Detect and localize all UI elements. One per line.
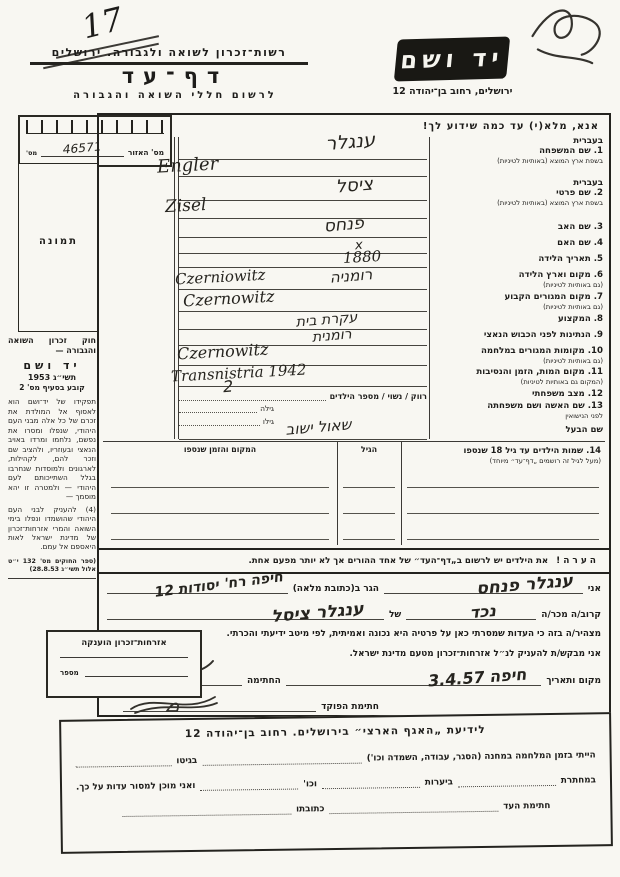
- hand-father-name: פנחס: [323, 213, 366, 236]
- field1-latin-tag: בשפת ארץ המוצא (באותיות לטיניות): [497, 157, 603, 165]
- answer-line: [179, 439, 427, 440]
- i-label: אני: [588, 584, 601, 594]
- law-name: יד ושם: [8, 359, 96, 373]
- page-subtitle: לרשום חללי השואה והגבורה: [70, 90, 280, 101]
- hand-husband-name: שאול ישוב: [285, 415, 353, 439]
- field2-label: 2. שם פרטי: [556, 188, 603, 198]
- law-title: חוק זכרון השואה והגבורה —: [8, 336, 96, 357]
- field5-label: 5. תאריך הלידה: [538, 254, 603, 264]
- law-body: תפקידו של יד־ושם הוא לאסוף אל המולדת את …: [8, 397, 96, 501]
- relation-line: קרוב/ה מכר/ה נכד של ענגלר ציסל: [107, 607, 601, 620]
- answer-line: [179, 218, 427, 219]
- table-top-line: [103, 441, 605, 442]
- hand-place-date: חיפה 3.4.57: [427, 664, 528, 690]
- answer-line: [179, 176, 427, 177]
- hand-declarant-name: ענגלר פנחס: [476, 571, 575, 599]
- table-row-line: [111, 513, 329, 514]
- husband-label: שם הבעל: [565, 425, 603, 435]
- field14-place-header: המקום והזמן שנספו: [107, 445, 333, 454]
- field11-label: 11. מקום המות, הזמן והנסיבות: [476, 367, 603, 377]
- testimony-form: אנא, מלא(י) עד כמה שידוע לך! בעברית 1. ש…: [97, 113, 611, 717]
- hand-war-residence: Czernowitz: [177, 340, 269, 364]
- field7-label: 7. מקום המגורים הקבוע: [505, 292, 603, 302]
- field10-label: 10. מקומות המגורים במלחמה: [481, 346, 603, 356]
- field14-age-header: הגיל: [337, 445, 401, 454]
- handwritten-file-number: 17: [78, 0, 127, 46]
- law-sidebar: חוק זכרון השואה והגבורה — יד ושם תשי״ג 1…: [8, 336, 96, 579]
- bottom-line2: במחתרת ביערות וכו' ואני מוכן למסור עדות …: [62, 773, 610, 793]
- corner-scribble-icon: [522, 0, 619, 72]
- field14-sub: (מעל לגיל זה רושמים „דף־עד״ מיוחד): [490, 457, 601, 465]
- table-row-line: [111, 539, 329, 540]
- yad-vashem-logo: יד ושם: [396, 39, 508, 80]
- relation-blank: נכד: [406, 607, 536, 620]
- photo-box: תמונה: [18, 163, 99, 332]
- answer-line: [179, 237, 427, 238]
- table-row-line: [407, 513, 599, 514]
- declarant-name-blank: ענגלר פנחס: [384, 581, 583, 594]
- clerk-signature-line: חתימת הפוקד: [123, 699, 379, 712]
- field1-hebrew-tag: בעברית: [573, 136, 603, 146]
- hand-relation: נכד: [469, 601, 497, 622]
- hand-citizenship: רומנית: [312, 326, 354, 345]
- field9-label: 9. הנתינות לפני הכבוש הנאצי: [484, 330, 603, 340]
- bottom-title: לידיעת „האגף הארצי״ בירושלים. רחוב בן־יה…: [61, 722, 609, 742]
- photo-label: תמונה: [19, 236, 98, 247]
- witness-address-label: כתובתו: [296, 804, 325, 814]
- resides-label: הגר ב(כתובת מלאה): [293, 584, 379, 594]
- field6-label: 6. מקום וארץ הלידה: [519, 270, 603, 280]
- note-text: את הילדים יש לרשום ב„דף־העד״ של אחד ההור…: [248, 556, 548, 566]
- of-label: של: [389, 610, 401, 620]
- granted-number-label: מספר: [60, 669, 79, 677]
- bottom-line3: חתימת העד כתובתו: [62, 798, 610, 818]
- forests-label: ביערות: [425, 777, 453, 787]
- field8-label: 8. המקצוע: [558, 314, 603, 324]
- page-title: דף־עד: [110, 64, 240, 88]
- etc-label: וכו': [303, 779, 317, 789]
- field13-sub: לפני הנישואין: [565, 412, 603, 420]
- address-blank: חיפה רח' יסודות 12: [107, 581, 288, 594]
- hand-first-name-latin: Zisel: [165, 195, 207, 217]
- label-divider-line: [429, 137, 430, 439]
- field12-label: 12. מצב משפחתי: [532, 389, 603, 399]
- logo-address: ירושלים, רחוב בן־יהודה 12: [385, 86, 520, 97]
- ghetto-blank: [76, 754, 172, 767]
- table-row-line: [407, 539, 599, 540]
- hand-birthplace-hebrew: רומניה: [330, 265, 375, 287]
- table-row-line: [343, 487, 395, 488]
- field11-sub: (המקום גם באותיות לטיניות): [521, 378, 603, 386]
- note-bar: הערה! את הילדים יש לרשום ב„דף־העד״ של אח…: [99, 548, 609, 574]
- witness-address-blank: [122, 803, 291, 817]
- hand-victim-name: ענגלר ציסל: [271, 599, 366, 627]
- clerk-signature-label: חתימת הפוקד: [321, 702, 379, 712]
- field12-blank: [179, 391, 326, 401]
- citizenship-granted-box: אזרחות־זכרון הוענקה מספר: [46, 630, 202, 698]
- place-date-blank: חיפה 3.4.57: [286, 673, 541, 686]
- hand-family-name-hebrew: ענגלר: [325, 129, 377, 155]
- law-footnote: (ספר החוקים מס' 132 י״ט אלול תשי״ג 28.8.…: [8, 558, 96, 579]
- hand-family-name-latin: Engler: [156, 153, 218, 177]
- field4-label: 4. שם האם: [557, 238, 603, 248]
- etc-blank: [200, 778, 298, 791]
- granted-blank-line: [60, 656, 188, 658]
- ghetto-label: בגיטו: [176, 756, 197, 766]
- field2-latin-tag: בשפת ארץ המוצא (באותיות לטיניות): [497, 199, 603, 207]
- table-column-line: [337, 441, 338, 545]
- camp-blank: [202, 752, 362, 766]
- field13-label: 13. שם האשה ושם משפחתה: [487, 401, 603, 411]
- camp-label: הייתי בזמן המלחמה במחנה (הסגר, עבודה, הש…: [367, 750, 596, 763]
- answer-line: [179, 386, 427, 387]
- field6-sub: (גם באותיות לטיניות): [543, 281, 603, 289]
- declarant-line: אני ענגלר פנחס הגר ב(כתובת מלאה) חיפה רח…: [107, 581, 601, 594]
- victim-name-blank: ענגלר ציסל: [107, 607, 384, 620]
- table-row-line: [407, 487, 599, 488]
- signature-label: החתימה: [247, 676, 281, 686]
- hand-birth-date: 1880: [343, 247, 382, 267]
- granted-title: אזרחות־זכרון הוענקה: [48, 638, 200, 648]
- witness-signature-blank: [329, 800, 498, 814]
- field7-sub: (גם באותיות לטיניות): [543, 303, 603, 311]
- willing-label: ואני מוכן למסור עדות על כך.: [76, 781, 195, 793]
- table-column-line: [401, 441, 402, 545]
- field3-label: 3. שם האב: [558, 222, 603, 232]
- authority-name: רשות־זכרון לשואה ולגבורה. ירושלים: [30, 46, 308, 65]
- fill-in-prompt: אנא, מלא(י) עד כמה שידוע לך!: [423, 121, 599, 132]
- witness-signature-label: חתימת העד: [503, 801, 550, 812]
- note-label: הערה!: [556, 556, 599, 566]
- her-age-blank: [179, 404, 257, 413]
- answer-line: [179, 200, 427, 201]
- her-age-label: גילה: [260, 404, 274, 413]
- his-age-label: גילו: [263, 417, 274, 426]
- his-age-blank: [179, 417, 260, 426]
- underground-label: במחתרת: [561, 775, 596, 785]
- table-row-line: [343, 539, 395, 540]
- underground-blank: [458, 774, 556, 787]
- hand-first-name-hebrew: ציסל: [335, 173, 375, 197]
- clerk-signature-blank: [123, 699, 316, 712]
- field10-sub: (גם באותיות לטיניות): [543, 357, 603, 365]
- table-row-line: [343, 513, 395, 514]
- hand-residence: Czernowitz: [183, 287, 275, 311]
- granted-number-blank: [85, 668, 188, 677]
- relative-label: קרוב/ה מכר/ה: [541, 610, 601, 620]
- national-division-box: לידיעת „האגף הארצי״ בירושלים. רחוב בן־יה…: [59, 712, 613, 854]
- answer-line: [179, 311, 427, 312]
- hand-birthplace-latin: Czerniowitz: [175, 266, 266, 289]
- law-clause: קובע בסעיף מס' 2: [8, 383, 96, 393]
- table-row-line: [111, 487, 329, 488]
- law-year: תשי״ג 1953: [8, 373, 96, 383]
- field14-label: 14. שמות הילדים עד גיל 18 שנספו: [463, 445, 601, 455]
- answer-line: [179, 253, 427, 254]
- forests-blank: [322, 776, 420, 789]
- place-date-label: מקום ותאריך: [546, 676, 601, 686]
- region-side-label: מס': [26, 149, 37, 157]
- page-of-testimony-scan: 17 רשות־זכרון לשואה ולגבורה. ירושלים דף־…: [0, 0, 620, 877]
- field2-hebrew-tag: בעברית: [573, 178, 603, 188]
- bottom-line1: הייתי בזמן המלחמה במחנה (הסגר, עבודה, הש…: [62, 748, 610, 768]
- field1-label: 1. שם המשפחה: [539, 146, 603, 156]
- field12-options: רווק / נשוי / מספר הילדים: [330, 392, 427, 401]
- law-clause4: ‏(4) להעניק לבני העם היהודי שהושמדו ונפל…: [8, 505, 96, 552]
